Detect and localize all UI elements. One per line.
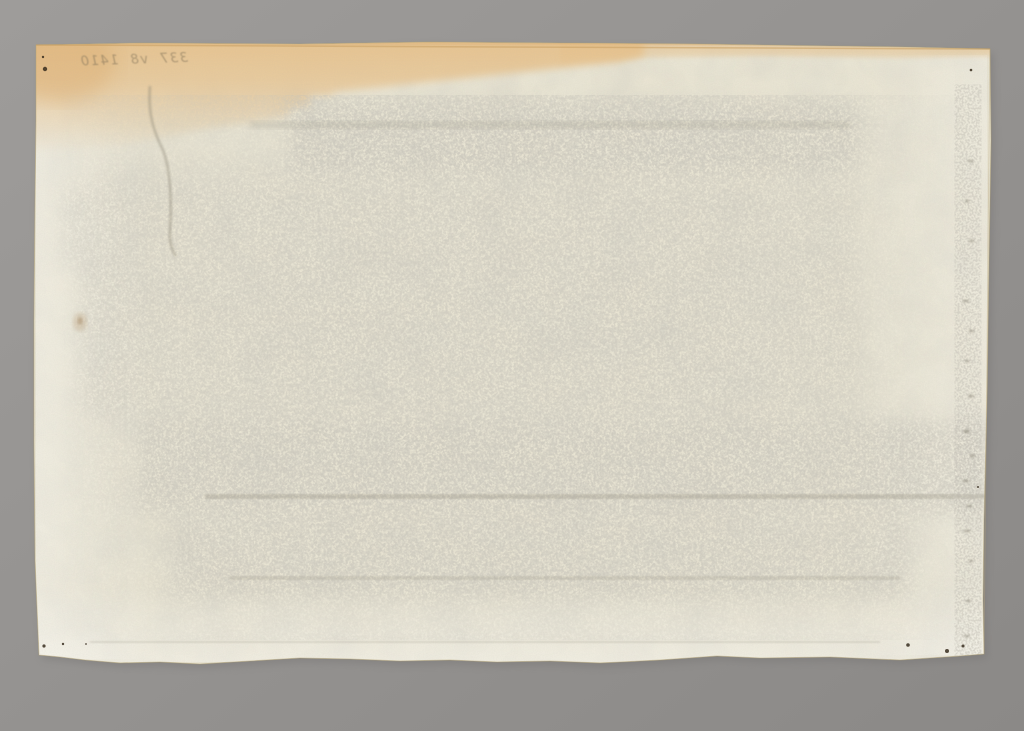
paper-grain: [30, 36, 995, 671]
pinhole-speck: [62, 643, 64, 645]
pinhole-speck: [42, 56, 44, 58]
photo-backdrop: 337 v8 1410: [0, 0, 1024, 731]
pinhole-speck: [970, 69, 973, 72]
pinhole-speck: [977, 486, 979, 488]
paper-sheet: [0, 22, 1010, 680]
pinhole-speck: [42, 644, 45, 647]
pinhole-speck: [945, 649, 949, 653]
pinhole-speck: [962, 645, 965, 648]
pinhole-speck: [43, 67, 47, 71]
pinhole-speck: [85, 643, 87, 645]
verso-photograph: [0, 0, 1024, 731]
pinhole-speck: [906, 643, 910, 647]
